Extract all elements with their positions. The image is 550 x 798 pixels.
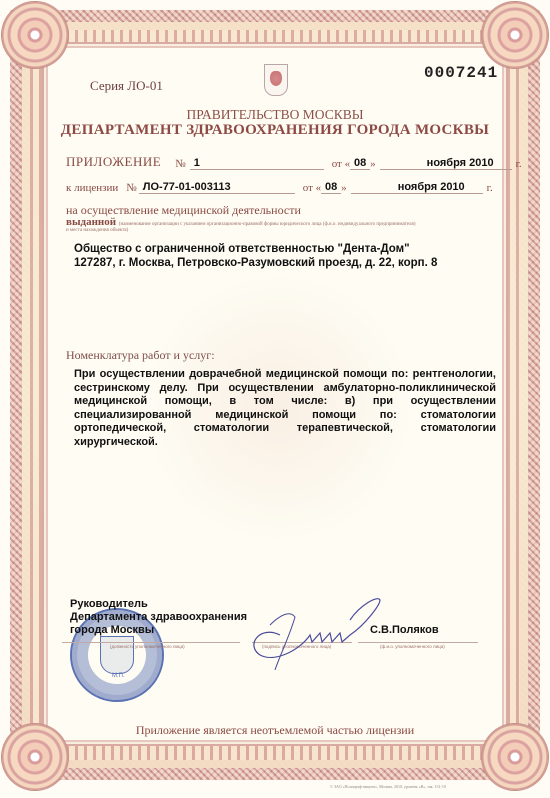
date-from-label: от «	[332, 158, 350, 170]
date-from-label: от «	[303, 182, 321, 194]
department-title: ДЕПАРТАМЕНТ ЗДРАВООХРАНЕНИЯ ГОРОДА МОСКВ…	[0, 122, 550, 139]
close-quote: »	[370, 158, 376, 170]
appendix-row: ПРИЛОЖЕНИЕ № 1 от « 08 » ноября 2010 г.	[66, 152, 522, 170]
license-appendix-document: Серия ЛО-01 0007241 ПРАВИТЕЛЬСТВО МОСКВЫ…	[0, 0, 550, 798]
nomenclature-text: При осуществлении доврачебной медицинско…	[74, 368, 496, 449]
organization-name: Общество с ограниченной ответственностью…	[74, 242, 437, 256]
rosette-icon	[2, 2, 68, 68]
issued-label-row: выданной (наименование организации с ука…	[66, 216, 416, 228]
stamp-abbrev: М.П.	[112, 673, 125, 679]
printer-imprint: © ЗАО «Полиграф-защита», Москва, 2010, у…	[330, 784, 446, 789]
government-title: ПРАВИТЕЛЬСТВО МОСКВЫ	[0, 107, 550, 123]
position-line-3: города Москвы	[70, 624, 247, 637]
position-line	[62, 642, 240, 643]
appendix-month-year: ноября 2010	[380, 157, 512, 170]
position-line-2: Департамента здравоохранения	[70, 611, 247, 624]
handwritten-signature	[240, 595, 390, 675]
close-quote: »	[341, 182, 347, 194]
license-label: к лицензии	[66, 182, 118, 194]
license-month-year: ноября 2010	[351, 181, 483, 194]
appendix-label: ПРИЛОЖЕНИЕ	[66, 154, 161, 170]
document-number: 0007241	[424, 64, 498, 82]
nomenclature-heading: Номенклатура работ и услуг:	[66, 348, 215, 363]
issued-label: выданной	[66, 216, 116, 228]
license-day: 08	[321, 181, 341, 194]
appendix-day: 08	[350, 157, 370, 170]
issued-hint: (наименование организации с указанием ор…	[119, 222, 416, 227]
license-row: к лицензии № ЛО-77-01-003113 от « 08 » н…	[66, 176, 493, 194]
appendix-number: 1	[190, 157, 324, 170]
organization-address: 127287, г. Москва, Петровско-Разумовский…	[74, 256, 437, 270]
year-suffix: г.	[487, 182, 493, 194]
series-label: Серия ЛО-01	[90, 78, 163, 94]
issued-hint-2: и места нахождения объекта)	[66, 228, 128, 233]
organization-block: Общество с ограниченной ответственностью…	[74, 242, 437, 270]
number-sign: №	[126, 182, 137, 194]
license-number: ЛО-77-01-003113	[139, 181, 295, 194]
position-caption: (должность уполномоченного лица)	[110, 644, 185, 649]
position-line-1: Руководитель	[70, 598, 247, 611]
number-sign: №	[175, 158, 186, 170]
russian-coat-of-arms-icon	[264, 64, 288, 96]
year-suffix: г.	[516, 158, 522, 170]
signatory-position: Руководитель Департамента здравоохранени…	[70, 598, 247, 637]
signatory-name: С.В.Поляков	[370, 624, 439, 636]
footer-note: Приложение является неотъемлемой частью …	[0, 723, 550, 738]
rosette-icon	[482, 2, 548, 68]
